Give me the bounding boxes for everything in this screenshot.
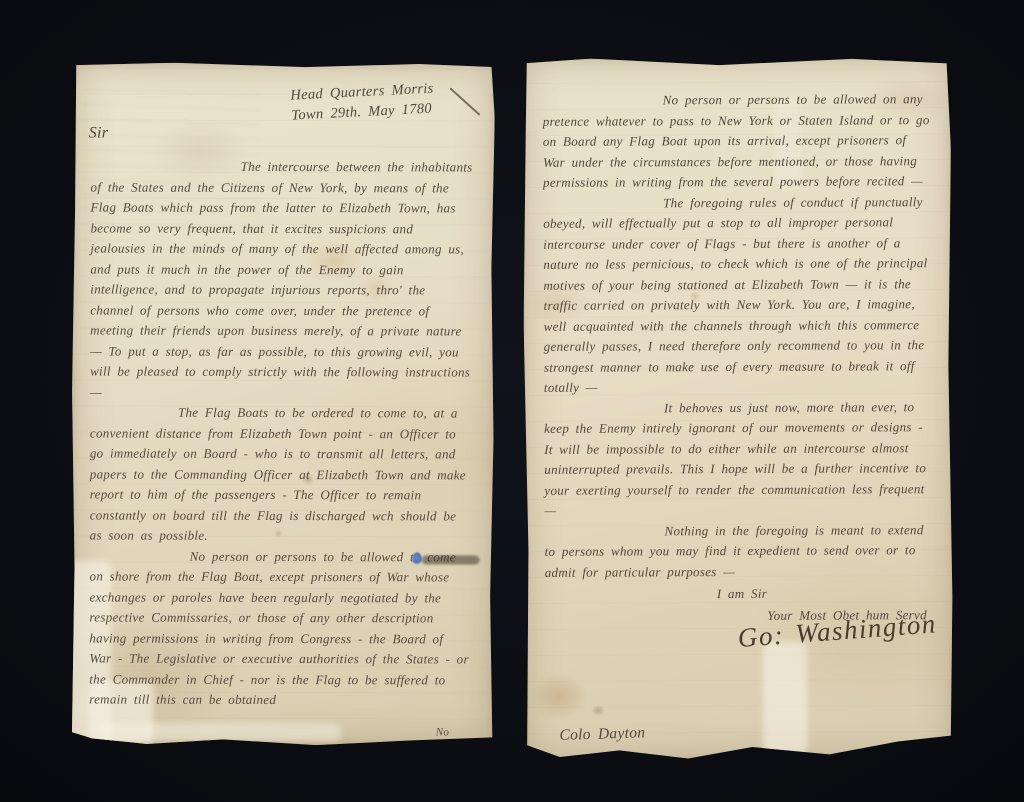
- paragraph: Nothing in the foregoing is meant to ext…: [544, 520, 932, 583]
- letter-body-page-2: No person or persons to be allowed on an…: [543, 89, 933, 647]
- addressee: Colo Dayton: [559, 724, 645, 745]
- salutation: Sir: [89, 124, 109, 142]
- photograph-background: Head Quarters Morris Town 29th. May 1780…: [0, 0, 1024, 802]
- letter-body-page-1: The intercourse between the inhabitants …: [89, 156, 472, 710]
- paragraph: No person or persons to be allowed to co…: [89, 546, 471, 711]
- repair-patch: [101, 723, 341, 742]
- letter-page-1: Head Quarters Morris Town 29th. May 1780…: [71, 62, 495, 745]
- paragraph: The intercourse between the inhabitants …: [90, 156, 473, 403]
- paragraph: The foregoing rules of conduct if punctu…: [543, 192, 932, 399]
- repair-patch: [763, 642, 807, 754]
- closing-line: I am Sir: [717, 583, 933, 604]
- letter-page-2: No person or persons to be allowed on an…: [522, 57, 953, 760]
- paragraph: No person or persons to be allowed on an…: [543, 89, 931, 193]
- paragraph: The Flag Boats to be ordered to come to,…: [90, 402, 472, 546]
- paragraph: It behoves us just now, more than ever, …: [544, 397, 933, 522]
- catchword: No: [436, 726, 449, 738]
- dateline: Head Quarters Morris Town 29th. May 1780: [290, 77, 470, 126]
